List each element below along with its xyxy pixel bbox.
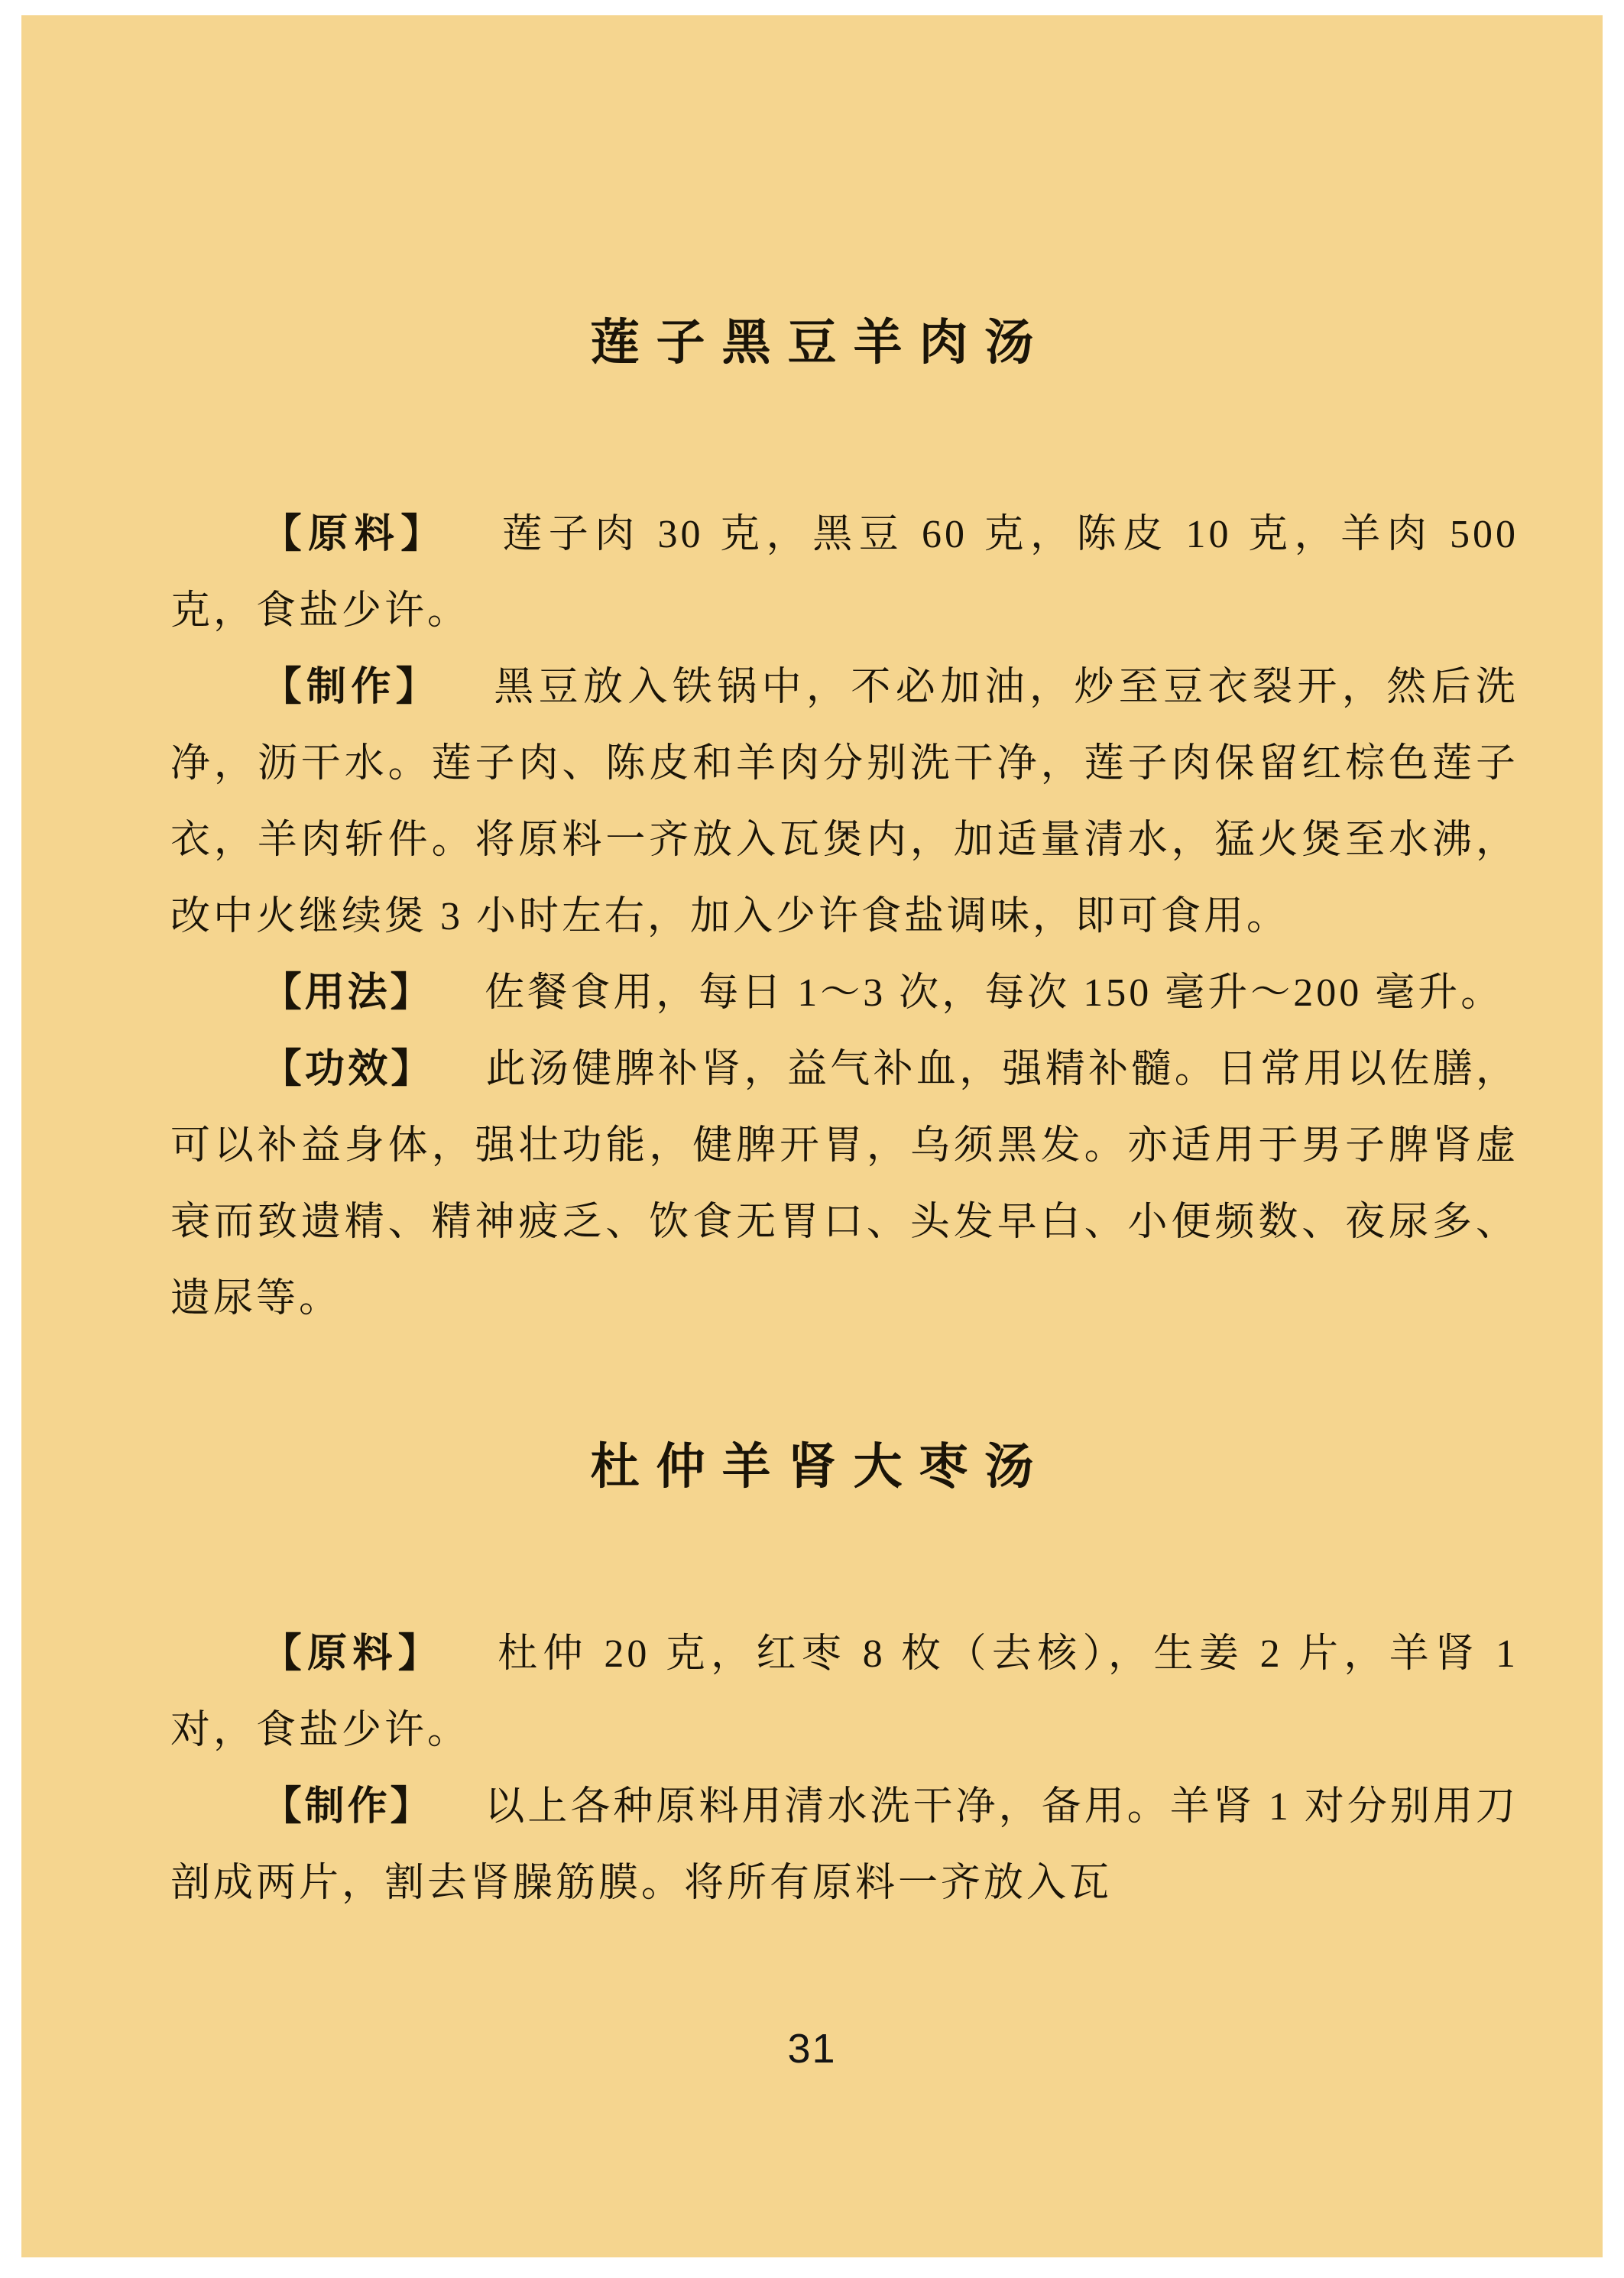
recipe-title-2: 杜仲羊肾大枣汤: [21, 1429, 1603, 1505]
section-text: 佐餐食用，每日 1～3 次，每次 150 毫升～200 毫升。: [485, 971, 1503, 1015]
section-label: 【用法】: [262, 971, 433, 1015]
section-label: 【原料】: [262, 1632, 444, 1676]
recipe-2-section-preparation: 【制作】以上各种原料用清水洗干净，备用。羊肾 1 对分别用刀剖成两片，割去肾臊筋…: [170, 1769, 1519, 1922]
section-label: 【原料】: [262, 513, 447, 556]
section-label: 【制作】: [262, 666, 441, 709]
recipe-1-section-ingredients: 【原料】莲子肉 30 克，黑豆 60 克，陈皮 10 克，羊肉 500 克，食盐…: [170, 497, 1519, 650]
section-label: 【功效】: [262, 1048, 434, 1091]
recipe-1-section-usage: 【用法】佐餐食用，每日 1～3 次，每次 150 毫升～200 毫升。: [170, 955, 1519, 1032]
recipe-1-section-preparation: 【制作】黑豆放入铁锅中，不必加油，炒至豆衣裂开，然后洗净，沥干水。莲子肉、陈皮和…: [170, 650, 1519, 955]
recipe-2-body: 【原料】杜仲 20 克，红枣 8 枚（去核），生姜 2 片，羊肾 1 对，食盐少…: [21, 1616, 1603, 1922]
section-label: 【制作】: [262, 1785, 433, 1829]
recipe-2-section-ingredients: 【原料】杜仲 20 克，红枣 8 枚（去核），生姜 2 片，羊肾 1 对，食盐少…: [170, 1616, 1519, 1769]
book-page: 莲子黑豆羊肉汤 【原料】莲子肉 30 克，黑豆 60 克，陈皮 10 克，羊肉 …: [21, 15, 1603, 2257]
page-number: 31: [21, 2026, 1603, 2072]
recipe-1-body: 【原料】莲子肉 30 克，黑豆 60 克，陈皮 10 克，羊肉 500 克，食盐…: [21, 497, 1603, 1337]
recipe-title-1: 莲子黑豆羊肉汤: [21, 305, 1603, 381]
recipe-1-section-effect: 【功效】此汤健脾补肾，益气补血，强精补髓。日常用以佐膳，可以补益身体，强壮功能，…: [170, 1032, 1519, 1337]
